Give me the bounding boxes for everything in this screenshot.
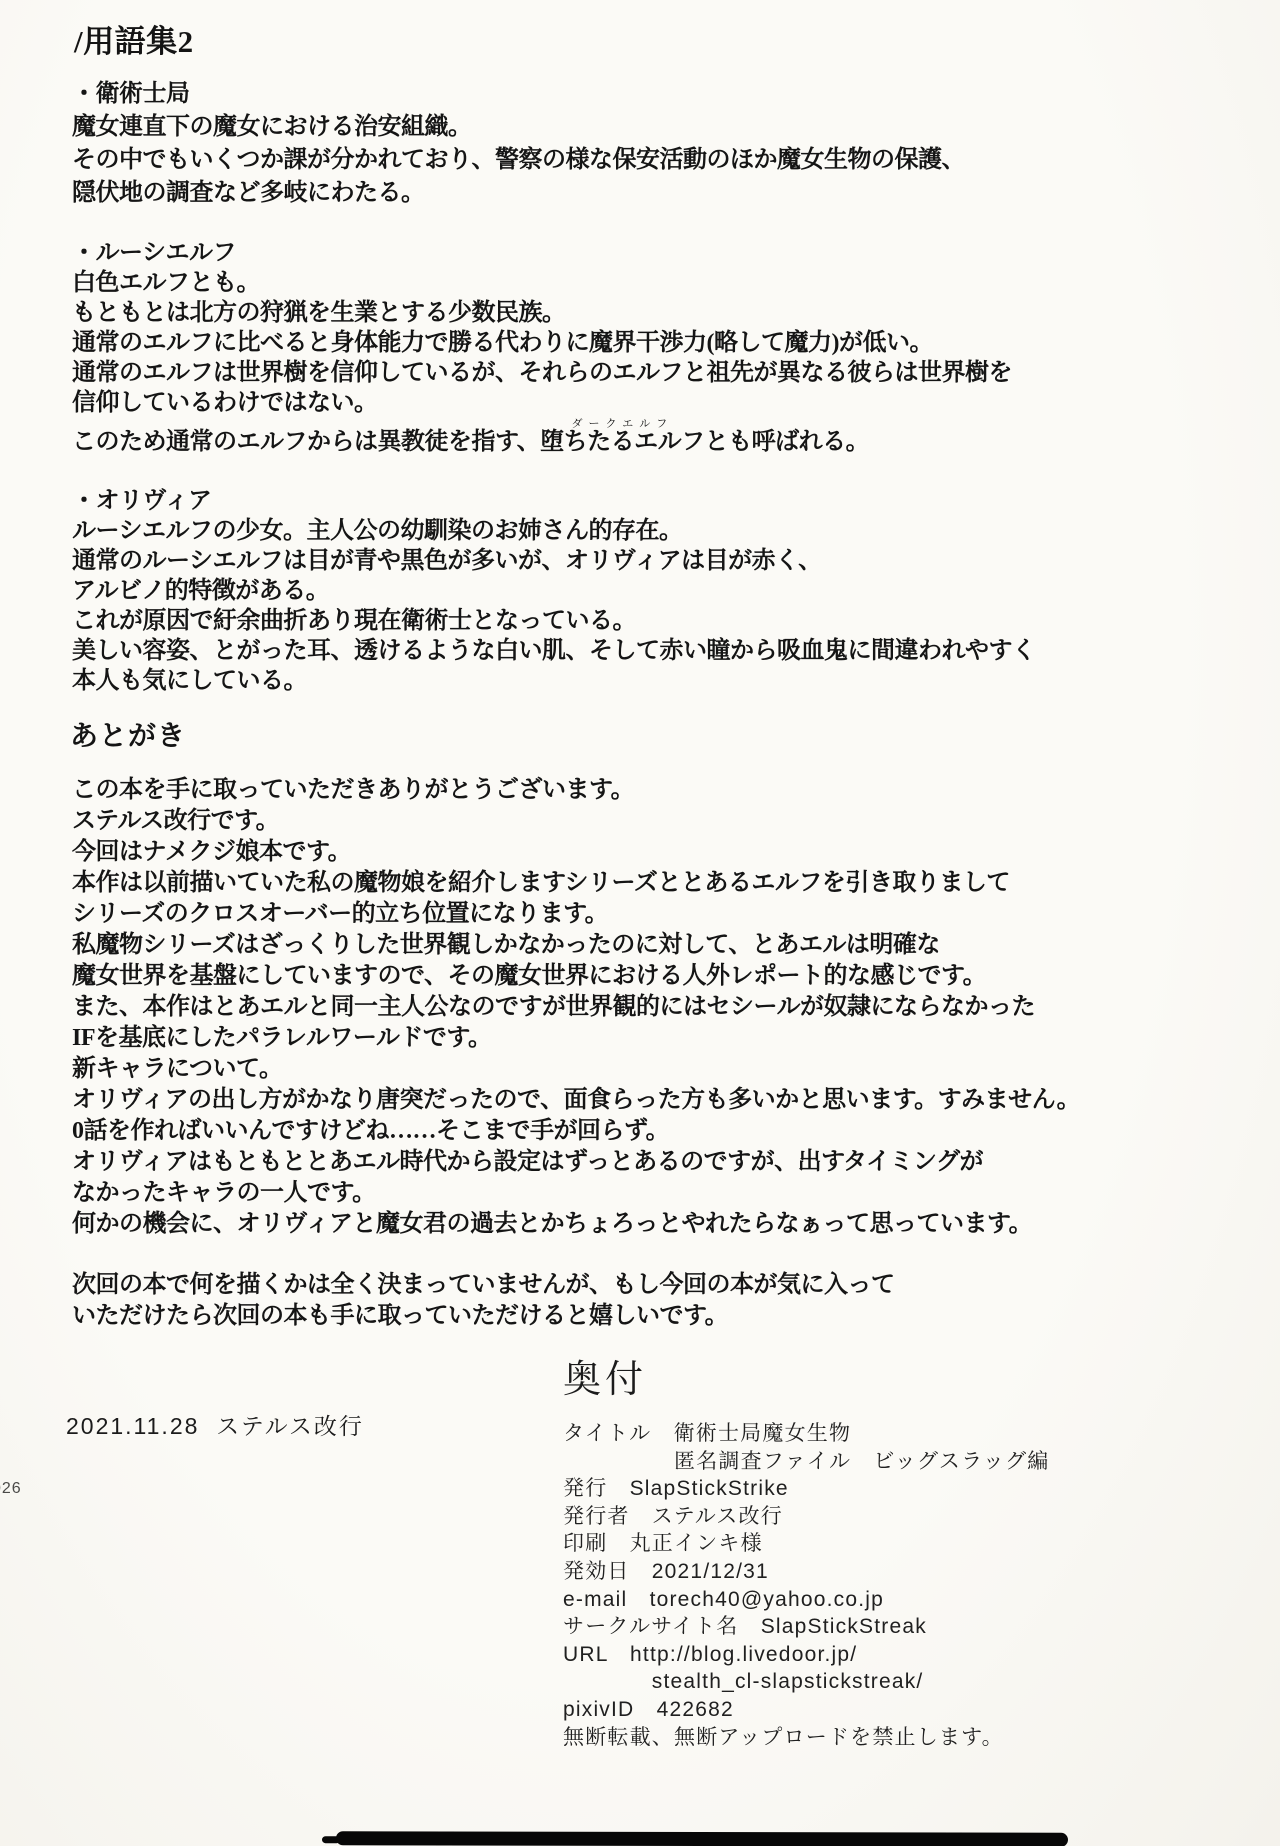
ruby-line-post: とも呼ばれる。 (705, 429, 870, 455)
text-line: 無断転載、無断アップロードを禁止します。 (563, 1724, 1050, 1752)
text-line: 0話を作ればいいんですけどね……そこまで手が回らず。 (72, 1116, 1080, 1147)
text-line: URL http://blog.livedoor.jp/ (563, 1641, 1050, 1669)
text-line: 通常のルーシエルフは目が青や黒色が多いが、オリヴィアは目が赤く、 (72, 546, 1036, 576)
text-line: その中でもいくつか課が分かれており、警察の様な保安活動のほか魔女生物の保護、 (72, 144, 965, 177)
text-line: 魔女連直下の魔女における治安組織。 (72, 111, 965, 144)
text-line: stealth_cl-slapstickstreak/ (563, 1668, 1050, 1696)
glossary-section-luci-elf-lines: ・ルーシエルフ白色エルフとも。もともとは北方の狩猟を生業とする少数民族。通常のエ… (72, 238, 1012, 418)
text-line: タイトル 衛術士局魔女生物 (563, 1420, 1050, 1448)
text-line: 通常のエルフに比べると身体能力で勝る代わりに魔界干渉力(略して魔力)が低い。 (72, 328, 1012, 358)
text-line: 美しい容姿、とがった耳、透けるような白い肌、そして赤い瞳から吸血鬼に間違われやす… (72, 636, 1036, 666)
text-line: もともとは北方の狩猟を生業とする少数民族。 (72, 298, 1012, 328)
signature-date-author: 2021.11.28 ステルス改行 (66, 1408, 364, 1441)
afterword-body: この本を手に取っていただきありがとうございます。ステルス改行です。今回はナメクジ… (72, 775, 1080, 1240)
colophon-details: タイトル 衛術士局魔女生物 匿名調査ファイル ビッグスラッグ編発行 SlapSt… (563, 1420, 1050, 1751)
ruby-line-pre: このため通常のエルフからは異教徒を指す、 (72, 429, 540, 455)
text-line: IFを基底にしたパラレルワールドです。 (72, 1023, 1080, 1054)
text-line: 発行 SlapStickStrike (563, 1475, 1050, 1503)
text-line: 今回はナメクジ娘本です。 (72, 837, 1080, 868)
glossary-ruby-line: このため通常のエルフからは異教徒を指す、堕ちたるエルフダークエルフとも呼ばれる。 (72, 418, 1012, 457)
glossary-title: /用語集2 (74, 16, 194, 61)
text-line: ルーシエルフの少女。主人公の幼馴染のお姉さん的存在。 (72, 516, 1036, 546)
text-line: いただけたら次回の本も手に取っていただけると嬉しいです。 (72, 1301, 895, 1332)
text-line: 魔女世界を基盤にしていますので、その魔女世界における人外レポート的な感じです。 (72, 961, 1080, 992)
text-line: ・オリヴィア (72, 486, 1036, 516)
text-line: 匿名調査ファイル ビッグスラッグ編 (563, 1448, 1050, 1476)
glossary-section-olivia: ・オリヴィアルーシエルフの少女。主人公の幼馴染のお姉さん的存在。通常のルーシエル… (72, 486, 1036, 696)
text-line: なかったキャラの一人です。 (72, 1178, 1080, 1209)
text-line: サークルサイト名 SlapStickStreak (563, 1613, 1050, 1641)
text-line: 印刷 丸正インキ様 (563, 1530, 1050, 1558)
text-line: e-mail torech40@yahoo.co.jp (563, 1586, 1050, 1614)
text-line: アルビノ的特徴がある。 (72, 576, 1036, 606)
page-number: 026 (0, 1480, 22, 1498)
glossary-section-guard-bureau: ・衛術士局魔女連直下の魔女における治安組織。その中でもいくつか課が分かれており、… (72, 78, 965, 210)
text-line: ステルス改行です。 (72, 806, 1080, 837)
text-line: これが原因で紆余曲折あり現在衛術士となっている。 (72, 606, 1036, 636)
text-line: 通常のエルフは世界樹を信仰しているが、それらのエルフと祖先が異なる彼らは世界樹を (72, 358, 1012, 388)
text-line: ・衛術士局 (72, 78, 965, 111)
text-line: 新キャラについて。 (72, 1054, 1080, 1085)
text-line: pixivID 422682 (563, 1696, 1050, 1724)
text-line: 発効日 2021/12/31 (563, 1558, 1050, 1586)
text-line: ・ルーシエルフ (72, 238, 1012, 268)
text-line: オリヴィアはもともととあエル時代から設定はずっとあるのですが、出すタイミングが (72, 1147, 1080, 1178)
colophon-title: 奥付 (563, 1348, 647, 1403)
glossary-section-luci-elf: ・ルーシエルフ白色エルフとも。もともとは北方の狩猟を生業とする少数民族。通常のエ… (72, 238, 1012, 457)
text-line: また、本作はとあエルと同一主人公なのですが世界観的にはセシールが奴隷にならなかっ… (72, 992, 1080, 1023)
afterword-closing: 次回の本で何を描くかは全く決まっていませんが、もし今回の本が気に入っていただけた… (72, 1270, 895, 1332)
text-line: 信仰しているわけではない。 (72, 388, 1012, 418)
text-line: 次回の本で何を描くかは全く決まっていませんが、もし今回の本が気に入って (72, 1270, 895, 1301)
text-line: 白色エルフとも。 (72, 268, 1012, 298)
text-line: 本作は以前描いていた私の魔物娘を紹介しますシリーズととあるエルフを引き取りまして (72, 868, 1080, 899)
scan-artifact-bar (336, 1831, 1068, 1846)
text-line: 本人も気にしている。 (72, 666, 1036, 696)
text-line: シリーズのクロスオーバー的立ち位置になります。 (72, 899, 1080, 930)
scanned-page: /用語集2 ・衛術士局魔女連直下の魔女における治安組織。その中でもいくつか課が分… (0, 0, 1280, 1846)
ruby-text: ダークエルフ (540, 418, 705, 430)
text-line: 発行者 ステルス改行 (563, 1503, 1050, 1531)
text-line: 私魔物シリーズはざっくりした世界観しかなかったのに対して、とあエルは明確な (72, 930, 1080, 961)
ruby-base: 堕ちたるエルフ (540, 429, 705, 455)
dark-elf-ruby: 堕ちたるエルフダークエルフ (540, 429, 705, 455)
text-line: 何かの機会に、オリヴィアと魔女君の過去とかちょろっとやれたらなぁって思っています… (72, 1209, 1080, 1240)
text-line: 隠伏地の調査など多岐にわたる。 (72, 177, 965, 210)
text-line: オリヴィアの出し方がかなり唐突だったので、面食らった方も多いかと思います。すみま… (72, 1085, 1080, 1116)
text-line: この本を手に取っていただきありがとうございます。 (72, 775, 1080, 806)
afterword-title: あとがき (70, 714, 186, 754)
